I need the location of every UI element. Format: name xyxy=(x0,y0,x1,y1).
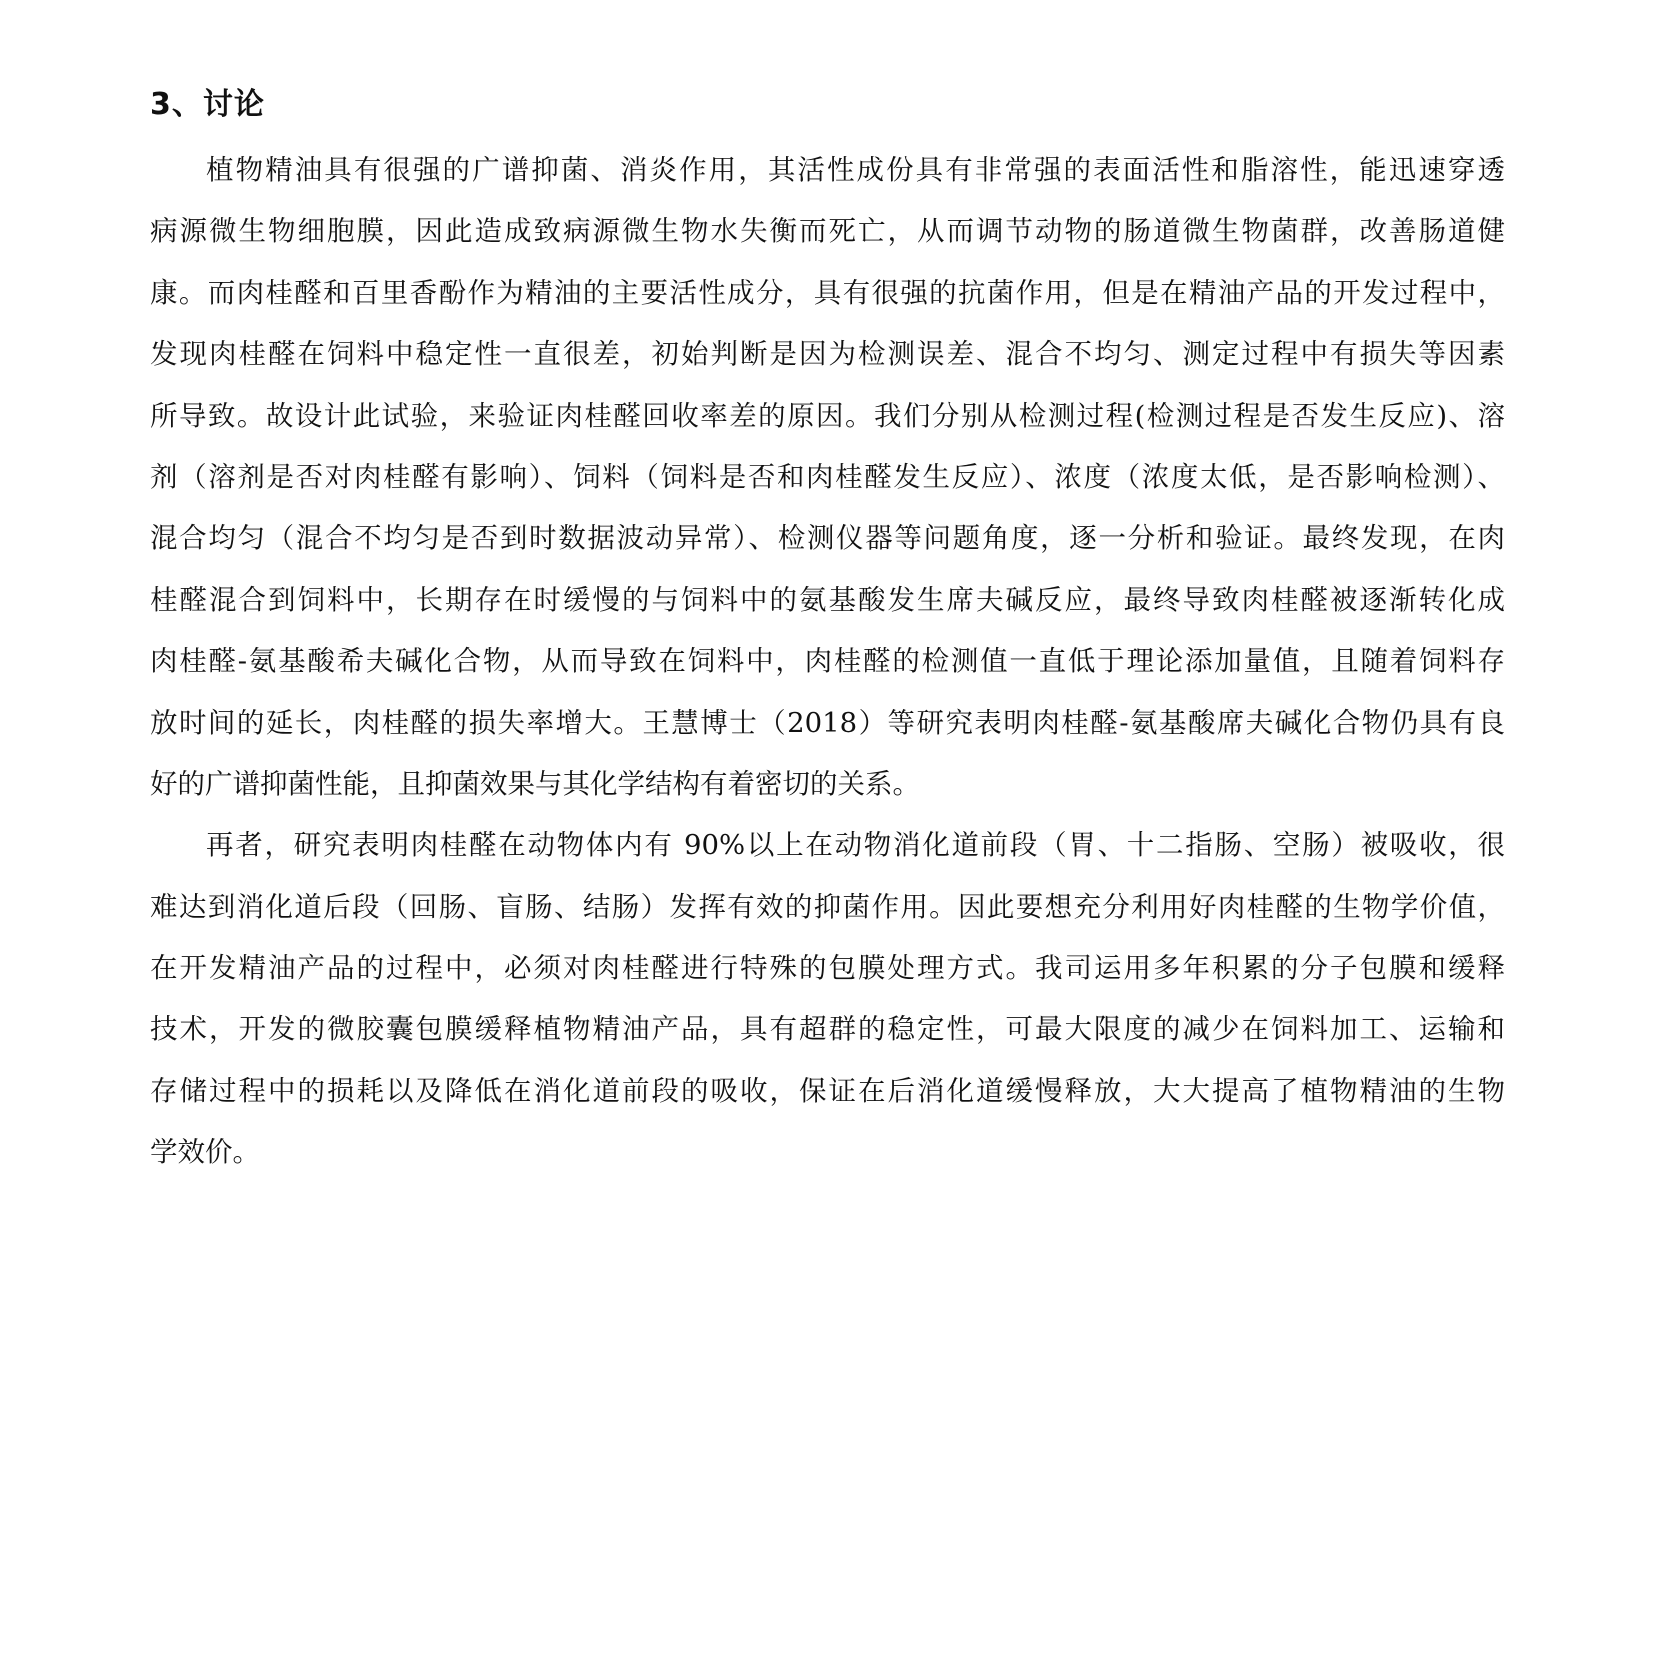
text-line: 难达到消化道后段（回肠、盲肠、结肠）发挥有效的抑菌作用。因此要想充分利用好肉桂醛… xyxy=(150,877,1505,938)
text-line: 放时间的延长，肉桂醛的损失率增大。王慧博士（2018）等研究表明肉桂醛-氨基酸席… xyxy=(150,693,1505,754)
text-line: 肉桂醛-氨基酸希夫碱化合物，从而导致在饲料中，肉桂醛的检测值一直低于理论添加量值… xyxy=(150,631,1505,692)
text-line: 技术，开发的微胶囊包膜缓释植物精油产品，具有超群的稳定性，可最大限度的减少在饲料… xyxy=(150,999,1505,1060)
text-line: 混合均匀（混合不均匀是否到时数据波动异常）、检测仪器等问题角度，逐一分析和验证。… xyxy=(150,508,1505,569)
text-line: 在开发精油产品的过程中，必须对肉桂醛进行特殊的包膜处理方式。我司运用多年积累的分… xyxy=(150,938,1505,999)
text-line: 再者，研究表明肉桂醛在动物体内有 90%以上在动物消化道前段（胃、十二指肠、空肠… xyxy=(150,815,1505,876)
text-line: 病源微生物细胞膜，因此造成致病源微生物水失衡而死亡，从而调节动物的肠道微生物菌群… xyxy=(150,201,1505,262)
section-heading: 3、讨论 xyxy=(150,82,1505,128)
text-line: 存储过程中的损耗以及降低在消化道前段的吸收，保证在后消化道缓慢释放，大大提高了植… xyxy=(150,1061,1505,1122)
text-line: 好的广谱抑菌性能，且抑菌效果与其化学结构有着密切的关系。 xyxy=(150,754,1505,815)
text-line: 康。而肉桂醛和百里香酚作为精油的主要活性成分，具有很强的抗菌作用，但是在精油产品… xyxy=(150,263,1505,324)
paragraph-2: 再者，研究表明肉桂醛在动物体内有 90%以上在动物消化道前段（胃、十二指肠、空肠… xyxy=(150,815,1505,1183)
text-line: 剂（溶剂是否对肉桂醛有影响）、饲料（饲料是否和肉桂醛发生反应）、浓度（浓度太低，… xyxy=(150,447,1505,508)
text-line: 桂醛混合到饲料中，长期存在时缓慢的与饲料中的氨基酸发生席夫碱反应，最终导致肉桂醛… xyxy=(150,570,1505,631)
paragraph-1: 植物精油具有很强的广谱抑菌、消炎作用，其活性成份具有非常强的表面活性和脂溶性，能… xyxy=(150,140,1505,815)
text-line: 发现肉桂醛在饲料中稳定性一直很差，初始判断是因为检测误差、混合不均匀、测定过程中… xyxy=(150,324,1505,385)
text-line: 所导致。故设计此试验，来验证肉桂醛回收率差的原因。我们分别从检测过程(检测过程是… xyxy=(150,386,1505,447)
text-line: 植物精油具有很强的广谱抑菌、消炎作用，其活性成份具有非常强的表面活性和脂溶性，能… xyxy=(150,140,1505,201)
document-page: 3、讨论 植物精油具有很强的广谱抑菌、消炎作用，其活性成份具有非常强的表面活性和… xyxy=(150,82,1505,1184)
text-line: 学效价。 xyxy=(150,1122,1505,1183)
